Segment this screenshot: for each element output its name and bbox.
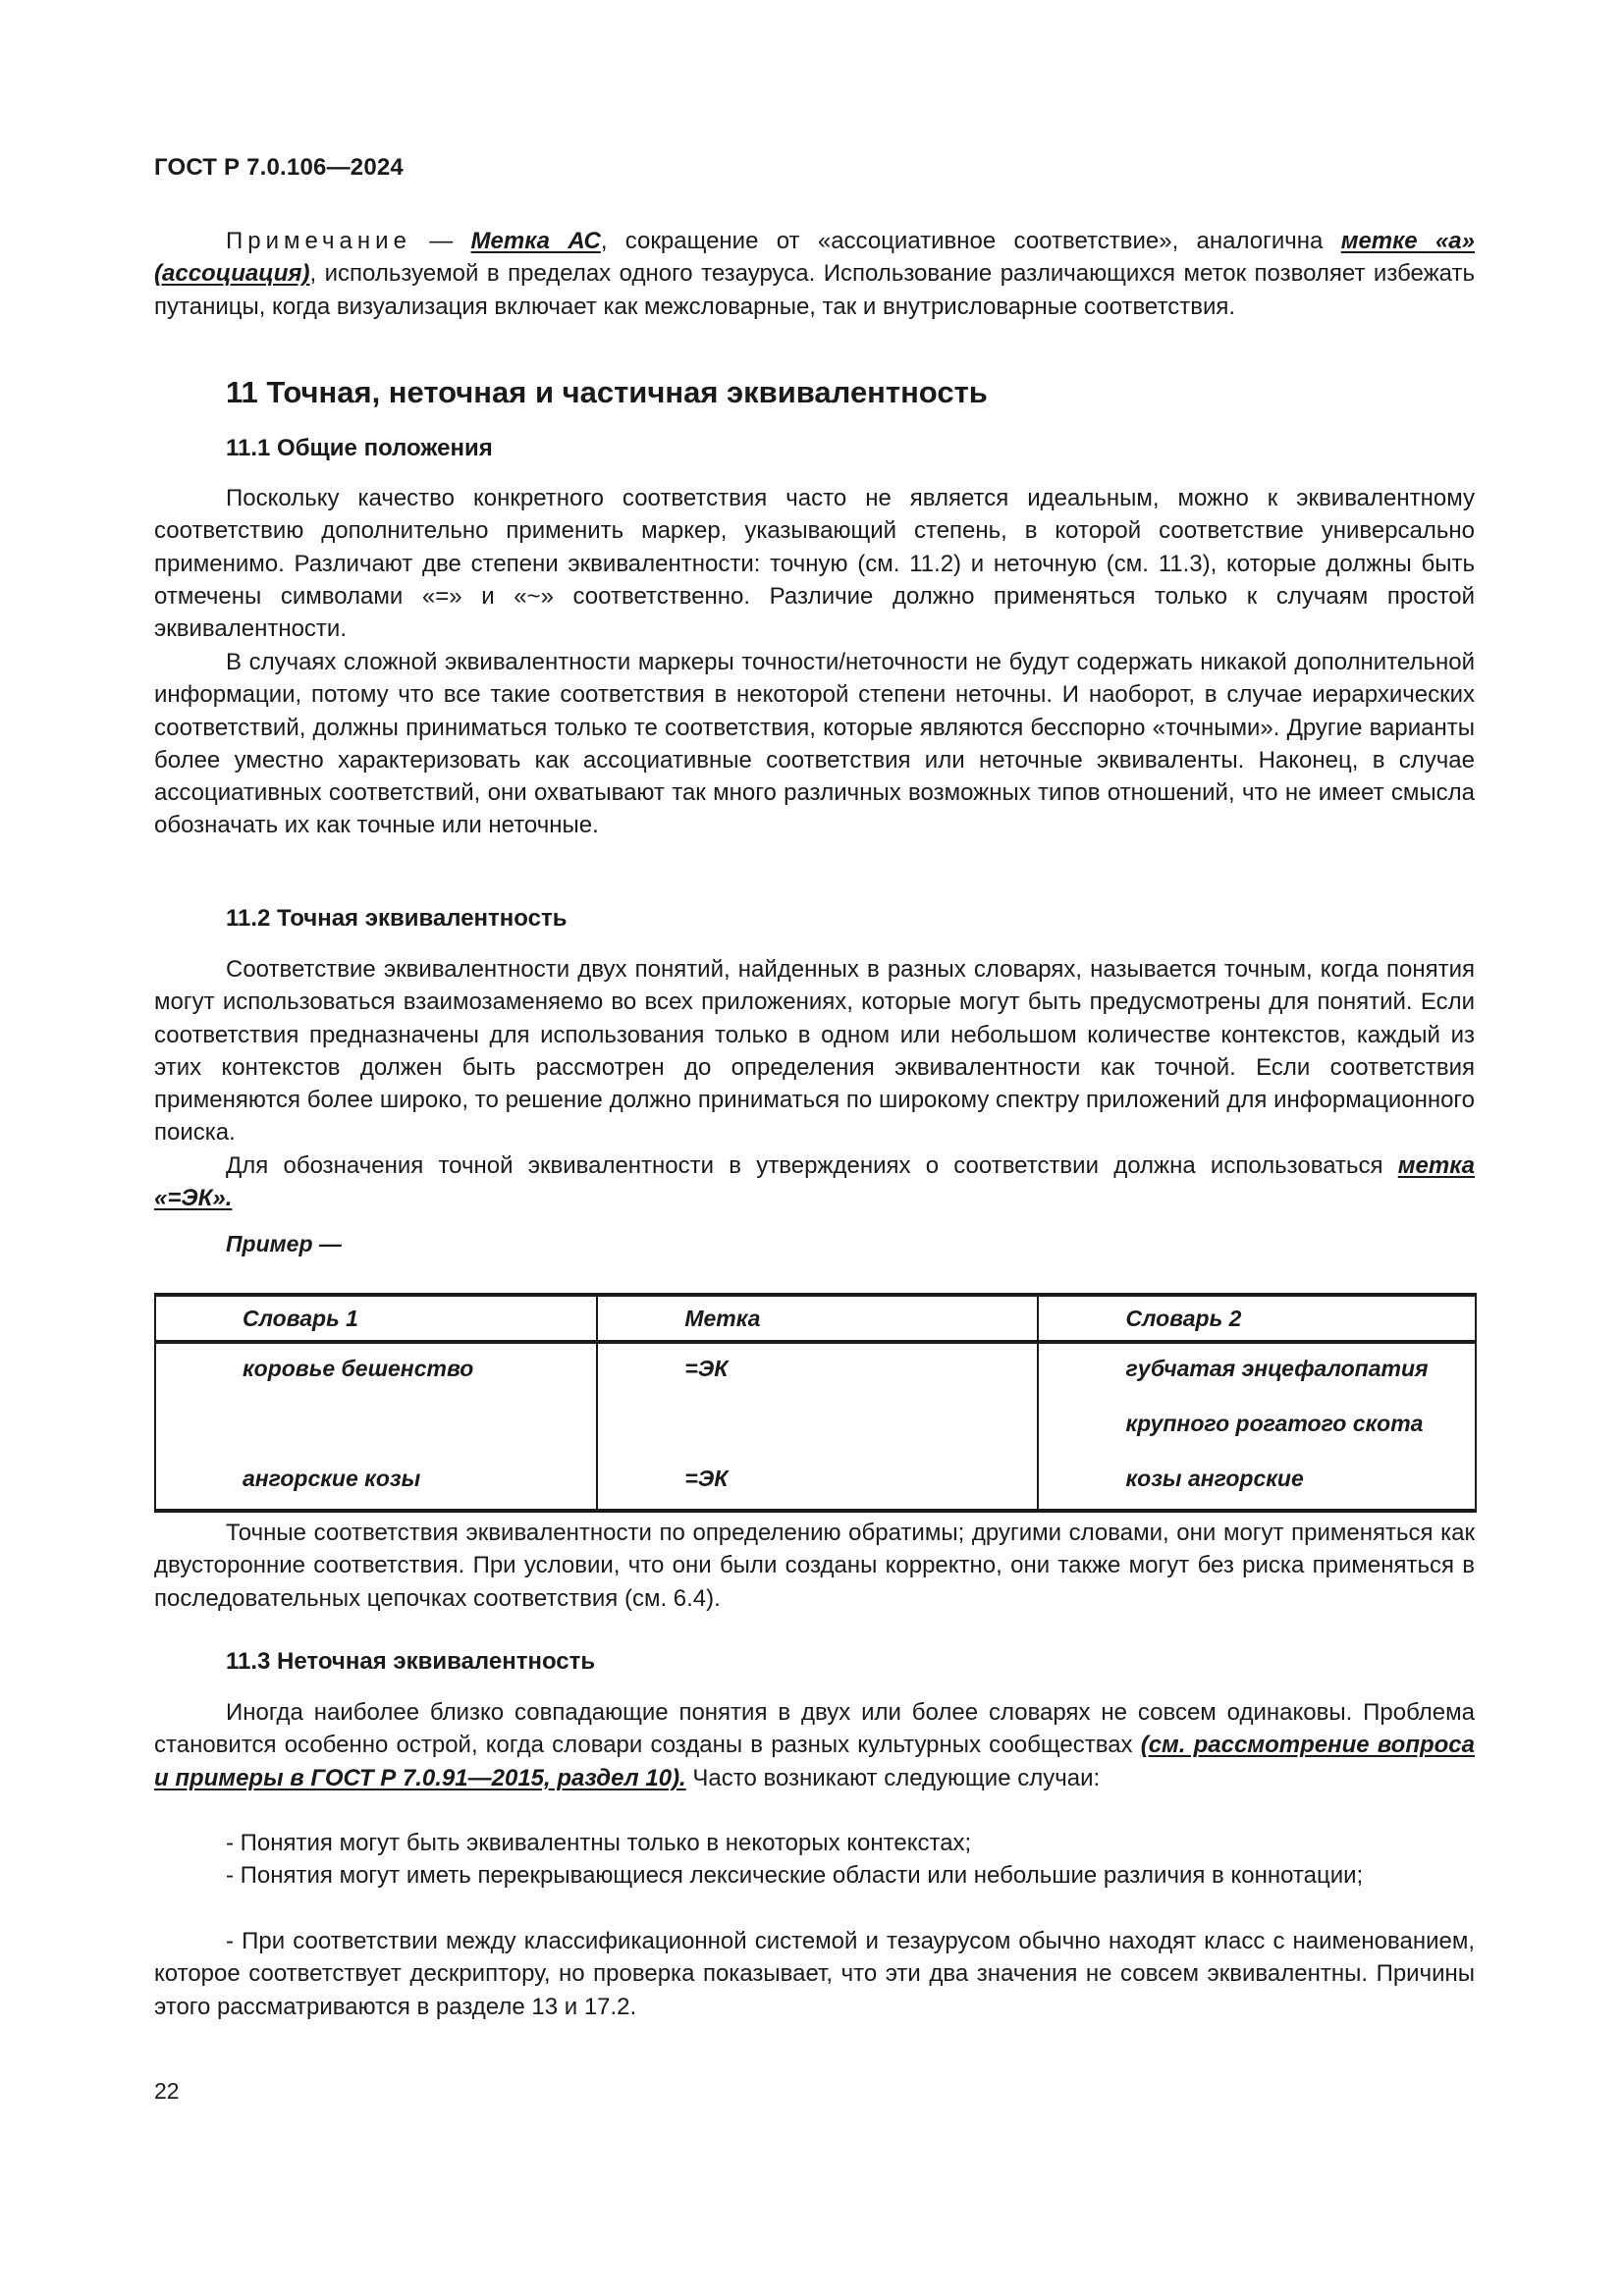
table-cell: коровье бешенство bbox=[155, 1342, 597, 1399]
table-header-vocabulary-2: Словарь 2 bbox=[1038, 1295, 1476, 1342]
mapping-example-table: Словарь 1 Метка Словарь 2 коровье бешенс… bbox=[154, 1293, 1477, 1513]
paragraph-11-2-2: Для обозначения точной эквивалентности в… bbox=[154, 1149, 1475, 1215]
list-item: - Понятия могут иметь перекрывающиеся ле… bbox=[154, 1859, 1475, 1892]
table-header-vocabulary-1: Словарь 1 bbox=[155, 1295, 597, 1342]
subsection-11-2-heading: 11.2 Точная эквивалентность bbox=[226, 905, 568, 933]
page-number: 22 bbox=[154, 2078, 180, 2105]
note-text-1: , сокращение от «ассоциативное соответст… bbox=[601, 228, 1341, 254]
paragraph-11-2-1: Соответствие эквивалентности двух поняти… bbox=[154, 953, 1475, 1149]
paragraph-11-3-1: Иногда наиболее близко совпадающие понят… bbox=[154, 1696, 1475, 1794]
note-paragraph: Примечание — Метка АС, сокращение от «ас… bbox=[154, 225, 1475, 323]
subsection-11-1-heading: 11.1 Общие положения bbox=[226, 435, 493, 462]
table-cell: ангорские козы bbox=[155, 1454, 597, 1511]
example-label: Пример — bbox=[226, 1231, 342, 1257]
table-row: коровье бешенство =ЭК губчатая энцефалоп… bbox=[155, 1342, 1476, 1399]
table-cell: крупного рогатого скота bbox=[1038, 1399, 1476, 1454]
paragraph-11-1-1: Поскольку качество конкретного соответст… bbox=[154, 482, 1475, 645]
paragraph-11-2-3: Точные соответствия эквивалентности по о… bbox=[154, 1517, 1475, 1615]
table-row: ангорские козы =ЭК козы ангорские bbox=[155, 1454, 1476, 1511]
list-item: - При соответствии между классификационн… bbox=[154, 1925, 1475, 2023]
section-11-heading: 11 Точная, неточная и частичная эквивале… bbox=[226, 375, 988, 410]
paragraph-11-3-1-text-2: Часто возникают следующие случаи: bbox=[686, 1765, 1100, 1791]
term-link-metka-as[interactable]: Метка АС bbox=[471, 228, 601, 254]
document-page: ГОСТ Р 7.0.106—2024 Примечание — Метка А… bbox=[0, 0, 1624, 2296]
subsection-11-3-heading: 11.3 Неточная эквивалентность bbox=[226, 1648, 595, 1676]
list-item: - Понятия могут быть эквивалентны только… bbox=[154, 1827, 1475, 1859]
note-text-2: , используемой в пределах одного тезауру… bbox=[154, 260, 1475, 319]
document-code-header: ГОСТ Р 7.0.106—2024 bbox=[154, 154, 404, 182]
note-label: Примечание bbox=[226, 228, 411, 254]
table-row: крупного рогатого скота bbox=[155, 1399, 1476, 1454]
table-cell: губчатая энцефалопатия bbox=[1038, 1342, 1476, 1399]
table-cell: козы ангорские bbox=[1038, 1454, 1476, 1511]
table-cell: =ЭК bbox=[597, 1342, 1038, 1399]
paragraph-11-1-2: В случаях сложной эквивалентности маркер… bbox=[154, 646, 1475, 842]
table-cell bbox=[597, 1399, 1038, 1454]
table-header-row: Словарь 1 Метка Словарь 2 bbox=[155, 1295, 1476, 1342]
paragraph-11-2-2-text: Для обозначения точной эквивалентности в… bbox=[226, 1152, 1398, 1179]
note-dash: — bbox=[411, 228, 471, 254]
table-cell: =ЭК bbox=[597, 1454, 1038, 1511]
table-cell bbox=[155, 1399, 597, 1454]
table-header-label: Метка bbox=[597, 1295, 1038, 1342]
